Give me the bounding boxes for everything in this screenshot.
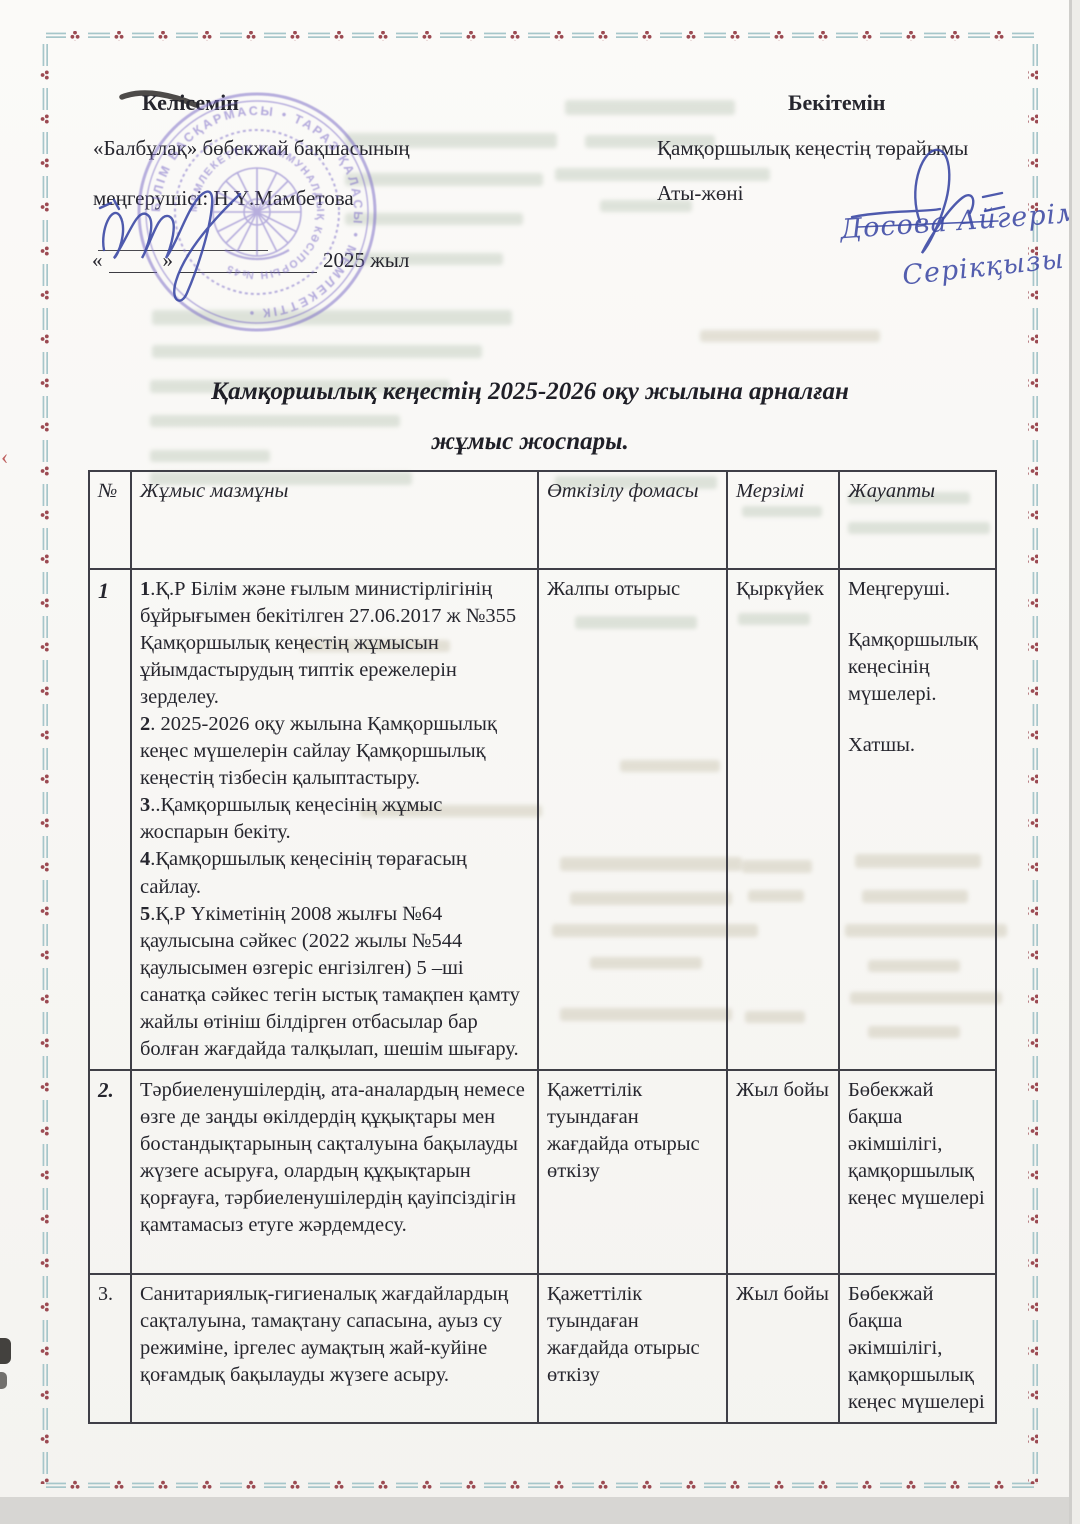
scanned-document-page: Келісемін «Балбұлақ» бөбекжай бақшасының… xyxy=(0,0,1080,1524)
scan-right-margin xyxy=(1072,0,1080,1524)
row-content-cell: Тәрбиеленушілердің, ата-аналардың немесе… xyxy=(131,1070,538,1274)
ghost-text-line xyxy=(565,100,735,115)
ghost-text-line xyxy=(345,173,543,186)
row-term-cell: Қыркүйек xyxy=(727,569,839,1070)
chairwoman-role: Қамқоршылық кеңестің төрайымы xyxy=(657,136,968,161)
ghost-text-line xyxy=(555,168,770,181)
document-title-line2: жұмыс жоспары. xyxy=(0,428,1060,456)
red-edge-mark: ‹ xyxy=(1,444,8,470)
table-row: 2. Тәрбиеленушілердің, ата-аналардың нем… xyxy=(89,1070,996,1274)
row-responsible-cell: Меңгеруші. Қамқоршылық кеңесінің мүшелер… xyxy=(839,569,996,1070)
open-quote: « xyxy=(92,248,103,273)
row-term-cell: Жыл бойы xyxy=(727,1070,839,1274)
handwritten-name-line1: Досова Айгерім xyxy=(839,198,1080,246)
manager-name: меңгерушісі: Н.Ү.Мамбетова xyxy=(93,186,354,211)
col-header-form: Өткізілу фомасы xyxy=(538,471,727,569)
row-term-cell: Жыл бойы xyxy=(727,1274,839,1423)
table-row: 3. Санитариялық-гигиеналық жағдайлардың … xyxy=(89,1274,996,1423)
date-line: «»2025 жыл xyxy=(92,248,522,273)
row-form-cell: Қажеттілік туындаған жағдайда отырыс өтк… xyxy=(538,1274,727,1423)
row-number: 1 xyxy=(98,578,109,603)
scan-bottom-band xyxy=(0,1497,1080,1524)
ghost-text-line xyxy=(152,345,482,358)
col-header-term: Мерзімі xyxy=(727,471,839,569)
table-header-row: № Жұмыс мазмұны Өткізілу фомасы Мерзімі … xyxy=(89,471,996,569)
fullname-label: Аты-жөні xyxy=(657,181,743,206)
ink-smudge xyxy=(0,1338,11,1364)
organization-name: «Балбұлақ» бөбекжай бақшасының xyxy=(93,136,410,161)
row-number: 2. xyxy=(98,1078,114,1102)
handwritten-name-line2: Серікқызы xyxy=(901,244,1066,292)
agree-label: Келісемін xyxy=(142,90,239,116)
row-content-cell: 1.Қ.Р Білім және ғылым министірлігінің б… xyxy=(131,569,538,1070)
col-header-num: № xyxy=(89,471,131,569)
ghost-text-line xyxy=(700,330,880,342)
year-label: 2025 жыл xyxy=(323,248,409,273)
table-row: 1 1.Қ.Р Білім және ғылым министірлігінің… xyxy=(89,569,996,1070)
work-plan-table: № Жұмыс мазмұны Өткізілу фомасы Мерзімі … xyxy=(88,470,997,1424)
ghost-text-line xyxy=(345,213,523,225)
ghost-text-line xyxy=(150,415,400,427)
row-number: 3. xyxy=(98,1283,113,1305)
approve-label: Бекітемін xyxy=(788,90,885,116)
col-header-responsible: Жауапты xyxy=(839,471,996,569)
ink-smudge xyxy=(0,1372,7,1389)
row-responsible-cell: Бөбекжай бақша әкімшілігі, қамқоршылық к… xyxy=(839,1070,996,1274)
col-header-content: Жұмыс мазмұны xyxy=(131,471,538,569)
close-quote: » xyxy=(163,248,174,273)
row-responsible-cell: Бөбекжай бақша әкімшілігі, қамқоршылық к… xyxy=(839,1274,996,1423)
document-title-line1: Қамқоршылық кеңестің 2025-2026 оқу жылын… xyxy=(0,378,1060,406)
row-form-cell: Қажеттілік туындаған жағдайда отырыс өтк… xyxy=(538,1070,727,1274)
row-content-cell: Санитариялық-гигиеналық жағдайлардың сақ… xyxy=(131,1274,538,1423)
ghost-text-line xyxy=(152,310,512,325)
row-form-cell: Жалпы отырыс xyxy=(538,569,727,1070)
date-day-blank xyxy=(109,250,157,273)
date-month-blank xyxy=(179,250,317,273)
